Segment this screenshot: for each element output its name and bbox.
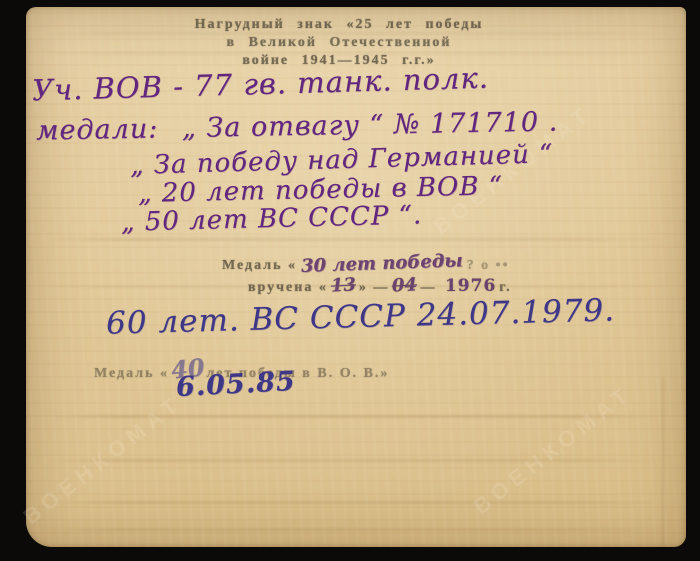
stamp-header-line2: в Великой Отечественной — [174, 34, 504, 52]
paper-card: ВОЕНКОМАТ ВОЕНКОМАТ ВОЕНКОМАТ Нагрудный … — [26, 7, 686, 547]
medal30-overwritten-handwriting: 30 лет победы — [301, 250, 463, 277]
issued-year-suffix: г. — [499, 280, 511, 295]
ruled-line — [39, 501, 673, 504]
medal30-stamp-line: Медаль «30 лет победы? о •• — [222, 253, 509, 274]
issued-dash: — — [373, 280, 389, 295]
issued-year-handwriting: 1976 — [445, 276, 496, 296]
issued-month-handwriting: 04 — [392, 274, 418, 296]
watermark-text: ВОЕНКОМАТ — [469, 380, 638, 520]
issued-day-handwriting: 13 — [330, 274, 356, 296]
issued-quote-close: » — [359, 280, 368, 295]
handwritten-60-let-line: 60 лет. ВС СССР 24.07.1979. — [106, 292, 616, 341]
handwritten-date-line: 6.05.85 — [175, 366, 296, 403]
medal30-stamp-prefix: Медаль « — [222, 258, 297, 273]
ruled-line — [39, 238, 673, 241]
scanned-document-screenshot: { "doc": { "stamp_header": { "line1": "Н… — [0, 0, 700, 561]
medal-item-4: „ 50 лет ВС СССР “. — [121, 200, 423, 237]
issued-dash: — — [420, 280, 436, 295]
ruled-line — [39, 415, 673, 418]
stamp-header-line1: Нагрудный знак «25 лет победы — [174, 16, 504, 34]
ruled-line — [39, 528, 673, 531]
handwritten-unit-line: Уч. ВОВ - 77 гв. танк. полк. — [32, 61, 490, 108]
ruled-line — [39, 459, 673, 462]
issued-label: вручена « — [248, 280, 328, 295]
medal30-stamp-remnant: ? о •• — [467, 258, 510, 273]
paper-crease — [662, 377, 664, 547]
medal30-issued-line: вручена «13» —04— 1976г. — [248, 275, 512, 296]
medals-label: медали: — [36, 113, 159, 146]
medal-item-1: „ За отвагу “ № 171710 . — [182, 106, 559, 144]
medal40-stamp-prefix: Медаль « — [94, 366, 169, 381]
